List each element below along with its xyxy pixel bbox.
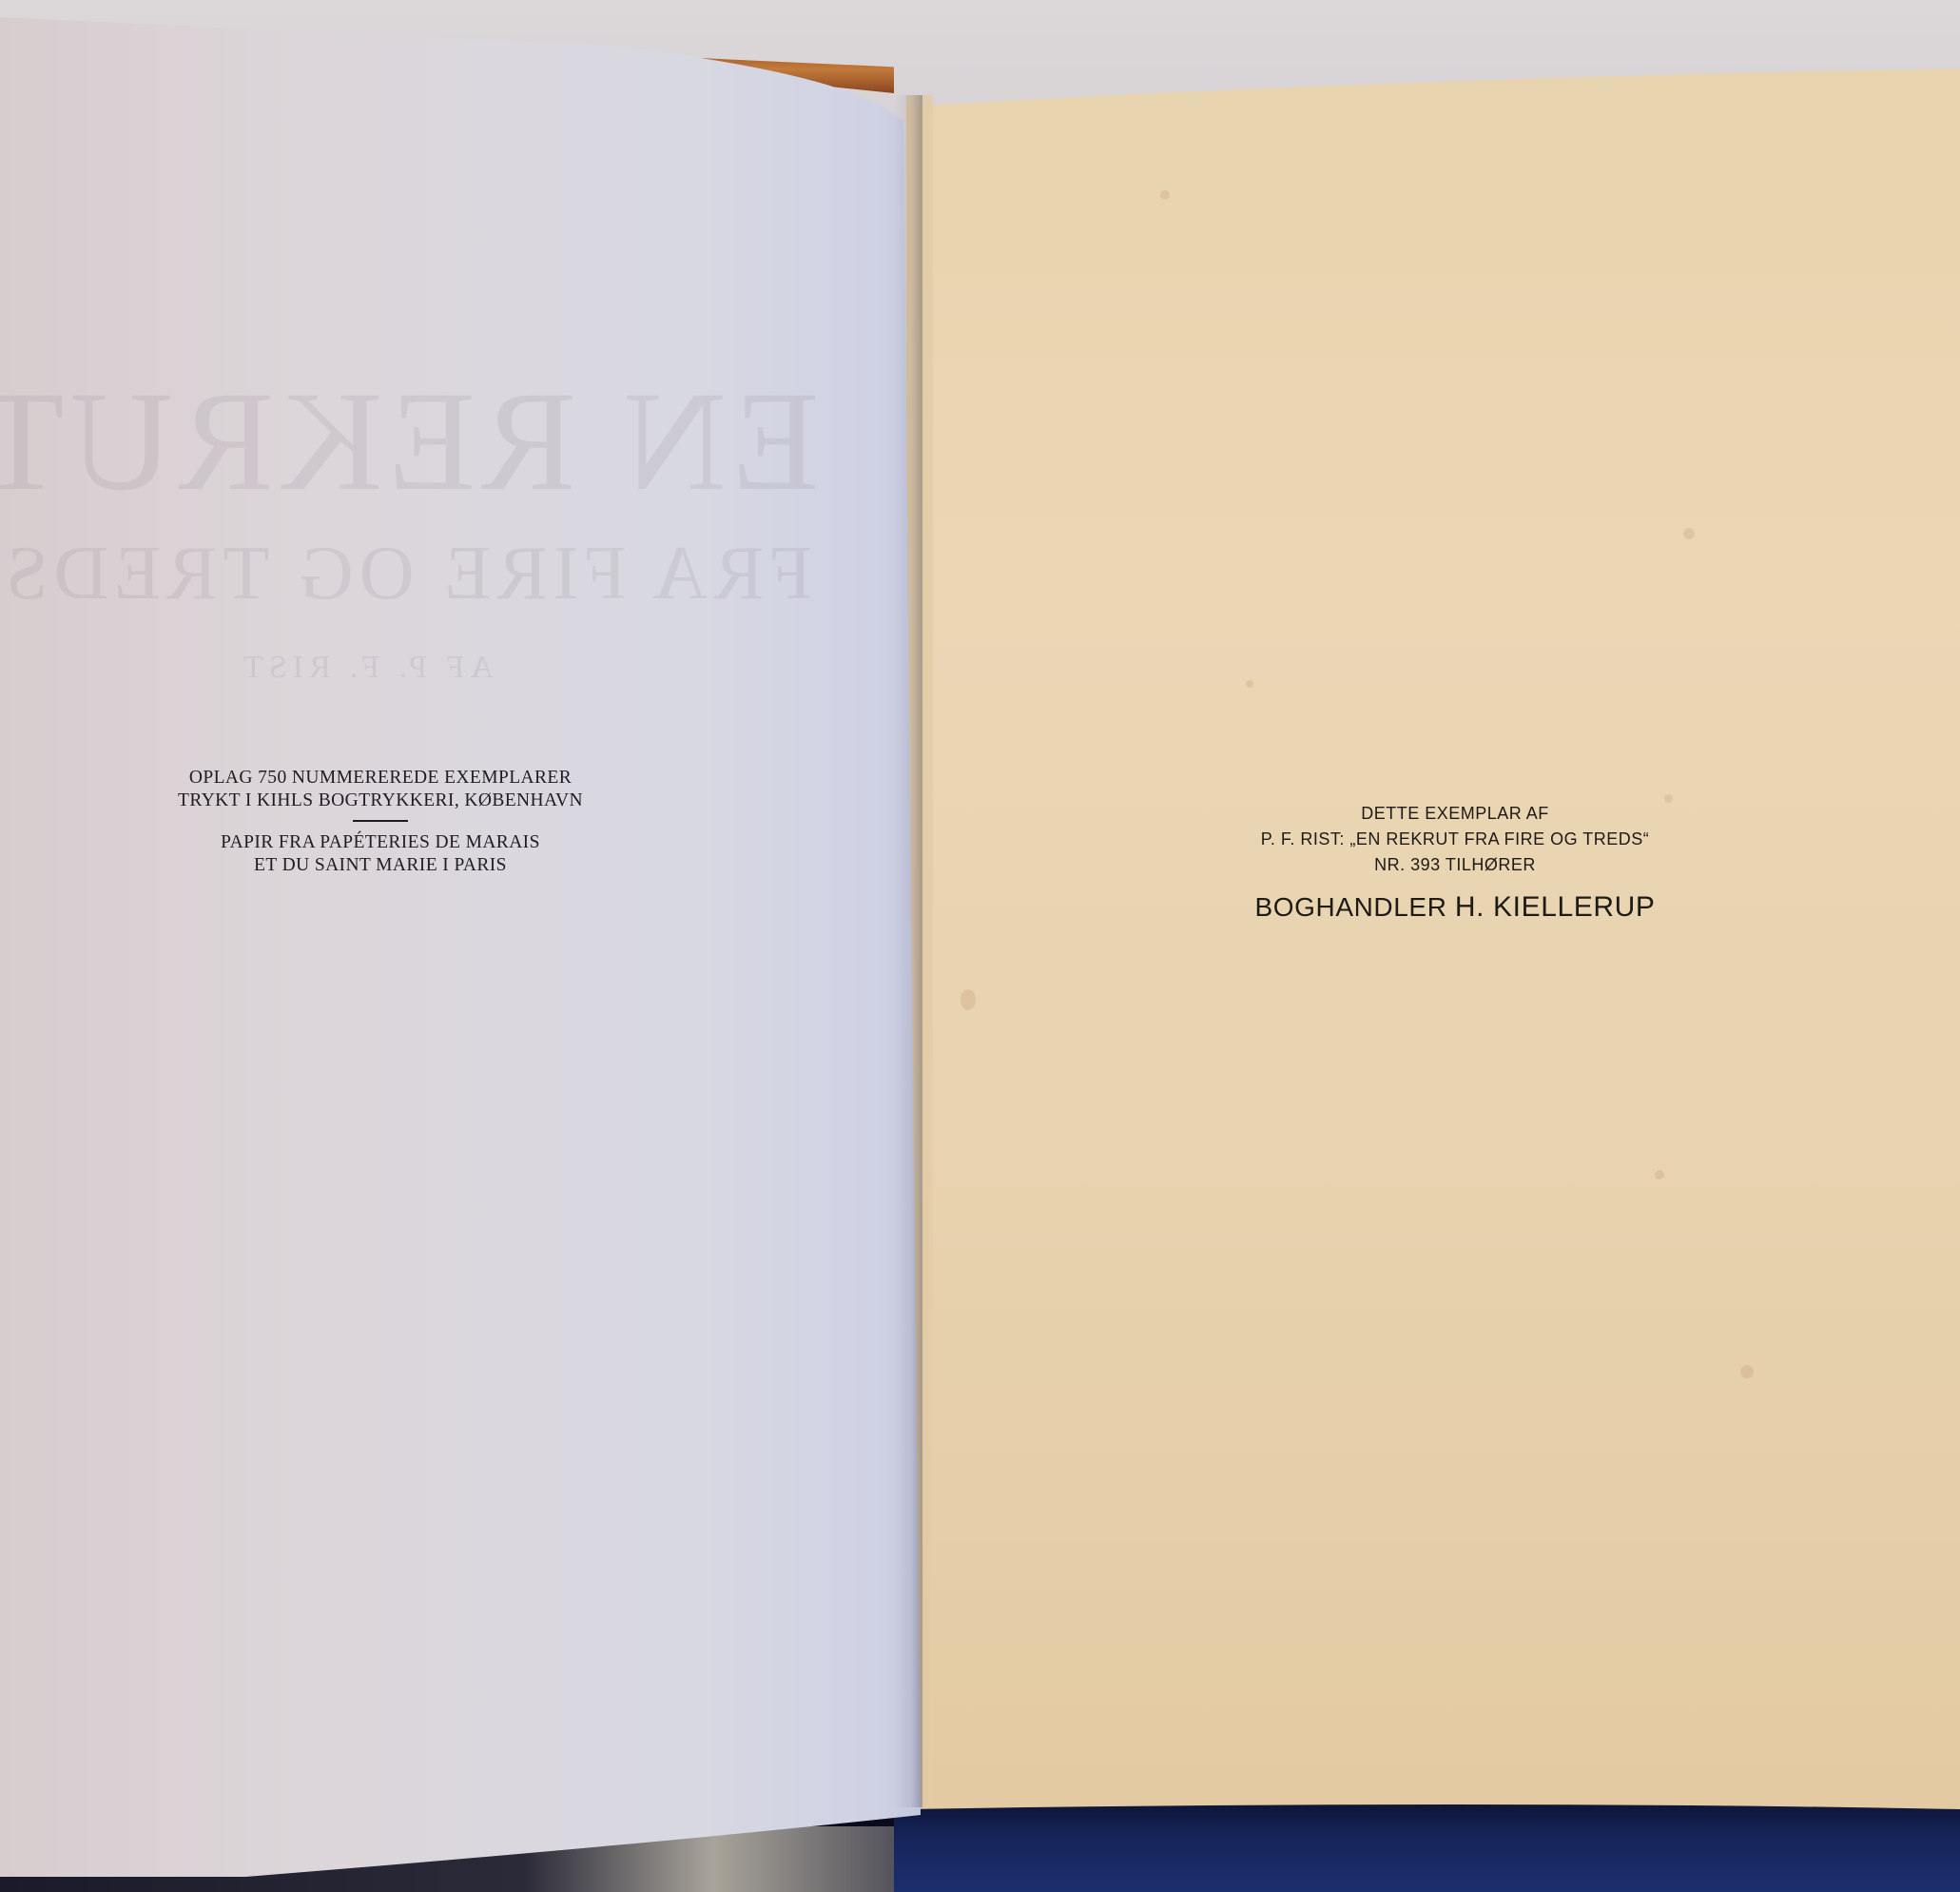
foxing-spot: [1160, 190, 1170, 200]
colophon-edition-line: OPLAG 750 NUMMEREREDE EXEMPLARER: [143, 767, 618, 790]
foxing-spot: [1655, 1170, 1664, 1180]
left-page: EN REKRUT FRA FIRE OG TREDS AF P. F. RIS…: [0, 17, 921, 1877]
colophon-divider: [353, 820, 408, 822]
foxing-spot: [1683, 528, 1695, 539]
left-page-curl-shadow: [894, 95, 922, 1807]
ownership-block: DETTE EXEMPLAR AF P. F. RIST: „EN REKRUT…: [1217, 801, 1693, 924]
foxing-spot: [961, 989, 976, 1010]
showthrough-subtitle: FRA FIRE OG TREDS: [0, 531, 812, 617]
colophon-paper-line-2: ET DU SAINT MARIE I PARIS: [143, 854, 618, 877]
blue-cloth: [894, 1798, 1960, 1892]
colophon-paper-line-1: PAPIR FRA PAPÉTERIES DE MARAIS: [143, 831, 618, 854]
showthrough-title: EN REKRUT: [0, 360, 819, 523]
owner-name: H. KIELLERUP: [1455, 891, 1656, 923]
ownership-line-2: P. F. RIST: „EN REKRUT FRA FIRE OG TREDS…: [1217, 827, 1693, 852]
owner-title: BOGHANDLER: [1254, 892, 1446, 922]
showthrough-byline: AF P. F. RIST: [238, 650, 494, 686]
right-page: [906, 68, 1960, 1809]
ownership-line-1: DETTE EXEMPLAR AF: [1217, 801, 1693, 827]
foxing-spot: [1740, 1365, 1754, 1378]
colophon-block: OPLAG 750 NUMMEREREDE EXEMPLARER TRYKT I…: [143, 767, 618, 877]
owner-line: BOGHANDLER H. KIELLERUP: [1217, 891, 1693, 924]
colophon-printer-line: TRYKT I KIHLS BOGTRYKKERI, KØBENHAVN: [143, 790, 618, 812]
foxing-spot: [1246, 680, 1253, 688]
ownership-line-3: NR. 393 TILHØRER: [1217, 852, 1693, 878]
